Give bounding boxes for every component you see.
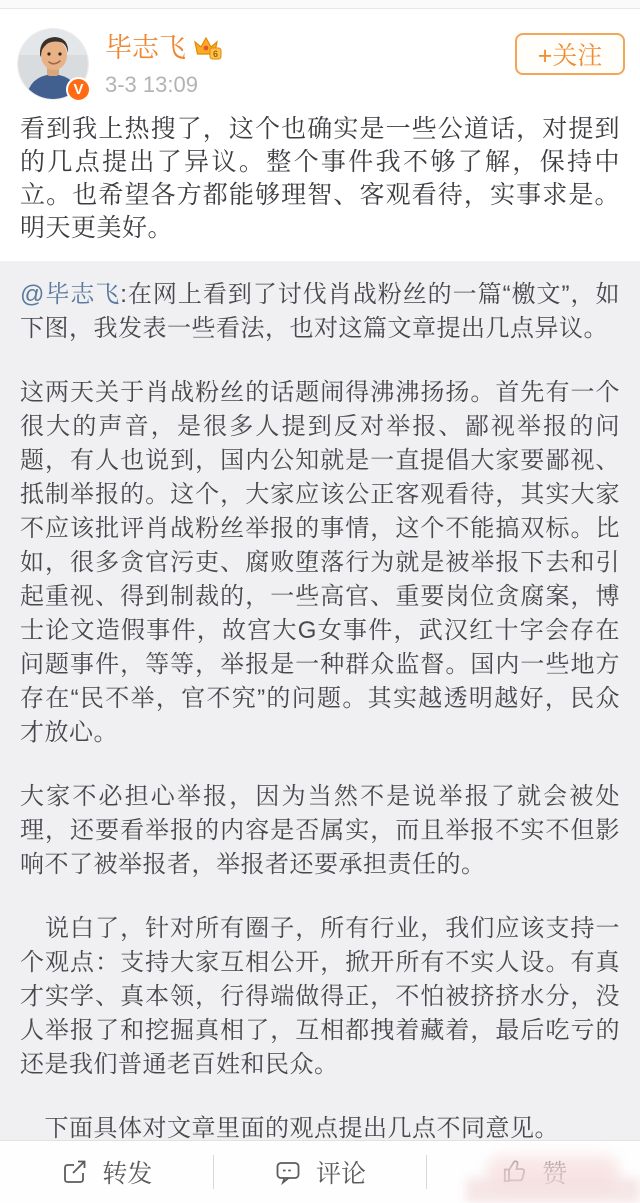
quoted-post-block[interactable]: @毕志飞:在网上看到了讨伐肖战粉丝的一篇“檄文”，如下图，我发表一些看法，也对这…: [0, 261, 640, 1140]
like-button[interactable]: 赞: [427, 1141, 640, 1202]
action-bar: 转发 评论 赞: [0, 1140, 640, 1202]
verified-v-badge-icon: V: [66, 77, 91, 102]
quote-paragraph: 下面具体对文章里面的观点提出几点不同意见。: [20, 1112, 620, 1140]
post-header: V 毕志飞 6 3-3 13:09 +关注: [0, 9, 640, 113]
author-info: 毕志飞 6 3-3 13:09: [105, 29, 223, 98]
follow-button[interactable]: +关注: [515, 33, 625, 75]
comment-bubble-icon: [274, 1158, 302, 1186]
page-top-divider: [0, 0, 640, 9]
repost-label: 转发: [102, 1154, 152, 1190]
quote-paragraph: 说白了，针对所有圈子，所有行业，我们应该支持一个观点：支持大家互相公开，掀开所有…: [20, 912, 620, 1082]
quote-paragraph: 大家不必担心举报，因为当然不是说举报了就会被处理，还要看举报的内容是否属实，而且…: [20, 780, 620, 882]
svg-text:6: 6: [213, 49, 218, 59]
thumbs-up-icon: [500, 1158, 528, 1186]
quote-paragraph: 这两天关于肖战粉丝的话题闹得沸沸扬扬。首先有一个很大的声音，是很多人提到反对举报…: [20, 376, 620, 750]
weibo-post-card: V 毕志飞 6 3-3 13:09 +关注 看到我上热搜了，这个也确实是一些公道…: [0, 9, 640, 1202]
share-arrow-icon: [60, 1158, 88, 1186]
vip-crown-icon: 6: [193, 35, 223, 61]
avatar[interactable]: V: [18, 29, 88, 99]
quote-paragraph-lead: @毕志飞:在网上看到了讨伐肖战粉丝的一篇“檄文”，如下图，我发表一些看法，也对这…: [20, 278, 620, 346]
post-text: 看到我上热搜了，这个也确实是一些公道话，对提到的几点提出了异议。整个事件我不够了…: [20, 113, 620, 245]
like-label: 赞: [542, 1154, 567, 1190]
repost-button[interactable]: 转发: [0, 1141, 213, 1202]
comment-label: 评论: [316, 1154, 366, 1190]
comment-button[interactable]: 评论: [214, 1141, 427, 1202]
mention-link[interactable]: @毕志飞: [20, 281, 120, 308]
username[interactable]: 毕志飞: [105, 33, 186, 63]
timestamp: 3-3 13:09: [105, 72, 223, 98]
